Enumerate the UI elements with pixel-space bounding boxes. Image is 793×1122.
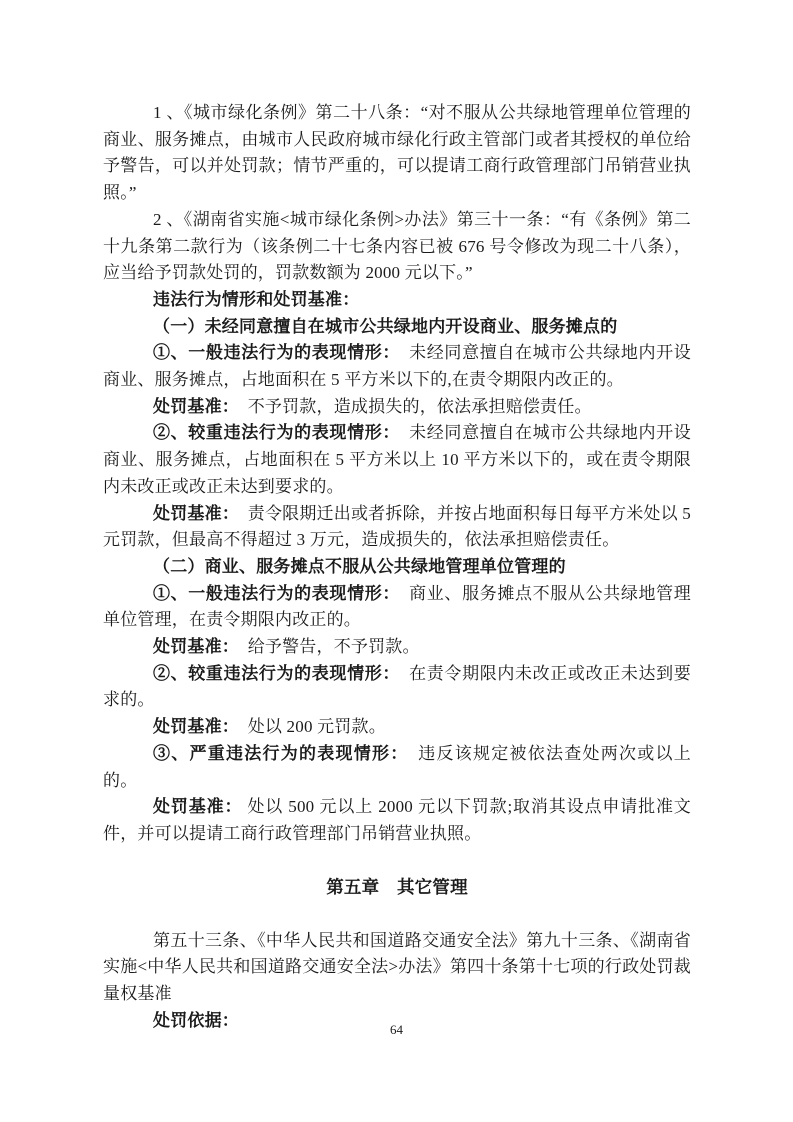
- bold-text-run: ③、严重违法行为的表现情形：: [153, 744, 400, 763]
- bold-text-run: 处罚基准：: [153, 637, 231, 656]
- text-run: 处以 200 元罚款。: [231, 717, 386, 736]
- item-1-general-penalty: 处罚基准： 不予罚款，造成损失的，依法承担赔偿责任。: [103, 394, 691, 421]
- item-2-severe-violation: ③、严重违法行为的表现情形： 违反该规定被依法查处两次或以上的。: [103, 741, 691, 794]
- bold-text-run: 处罚基准：: [153, 397, 231, 416]
- bold-text-run: ②、较重违法行为的表现情形：: [153, 423, 392, 442]
- bold-text-run: 处罚基准：: [153, 717, 231, 736]
- bold-text-run: 违法行为情形和处罚基准：: [153, 290, 359, 309]
- text-run: 第五十三条、《中华人民共和国道路交通安全法》第九十三条、《湖南省实施<中华人民共…: [103, 931, 691, 1003]
- bold-text-run: 处罚基准：: [153, 504, 231, 523]
- clause-1-city-greening-regulation: 1 、《城市绿化条例》第二十八条：“对不服从公共绿地管理单位管理的商业、服务摊点…: [103, 100, 691, 207]
- bold-text-run: 处罚基准：: [153, 797, 242, 816]
- text-run: 给予警告，不予罚款。: [231, 637, 420, 656]
- text-run: 2 、《湖南省实施<城市绿化条例>办法》第三十一条：“有《条例》第二十九条第二款…: [103, 210, 691, 282]
- item-2-severe-penalty: 处罚基准： 处以 500 元以上 2000 元以下罚款;取消其设点申请批准文件，…: [103, 794, 691, 847]
- document-page: 1 、《城市绿化条例》第二十八条：“对不服从公共绿地管理单位管理的商业、服务摊点…: [0, 0, 793, 1122]
- item-2-general-penalty: 处罚基准： 给予警告，不予罚款。: [103, 634, 691, 661]
- bold-text-run: （二）商业、服务摊点不服从公共绿地管理单位管理的: [153, 557, 566, 576]
- item-2-heavier-violation: ②、较重违法行为的表现情形： 在责令期限内未改正或改正未达到要求的。: [103, 661, 691, 714]
- text-run: 不予罚款，造成损失的，依法承担赔偿责任。: [231, 397, 592, 416]
- item-2-heavier-penalty: 处罚基准： 处以 200 元罚款。: [103, 714, 691, 741]
- item-2-general-violation: ①、一般违法行为的表现情形： 商业、服务摊点不服从公共绿地管理单位管理，在责令期…: [103, 581, 691, 634]
- page-number: 64: [0, 1022, 793, 1038]
- document-body: 1 、《城市绿化条例》第二十八条：“对不服从公共绿地管理单位管理的商业、服务摊点…: [103, 100, 691, 1035]
- bold-text-run: （一）未经同意擅自在城市公共绿地内开设商业、服务摊点的: [153, 317, 617, 336]
- item-1-heading: （一）未经同意擅自在城市公共绿地内开设商业、服务摊点的: [103, 314, 691, 341]
- article-53-road-traffic-safety-paragraph: 第五十三条、《中华人民共和国道路交通安全法》第九十三条、《湖南省实施<中华人民共…: [103, 928, 691, 1008]
- bold-text-run: 第五章 其它管理: [326, 877, 468, 897]
- item-2-heading: （二）商业、服务摊点不服从公共绿地管理单位管理的: [103, 554, 691, 581]
- item-1-heavier-violation: ②、较重违法行为的表现情形： 未经同意擅自在城市公共绿地内开设商业、服务摊点，占…: [103, 420, 691, 500]
- bold-text-run: ①、一般违法行为的表现情形：: [153, 343, 392, 362]
- chapter-5-heading: 第五章 其它管理: [103, 874, 691, 901]
- violation-and-penalty-standards-heading: 违法行为情形和处罚基准：: [103, 287, 691, 314]
- item-1-general-violation: ①、一般违法行为的表现情形： 未经同意擅自在城市公共绿地内开设商业、服务摊点，占…: [103, 340, 691, 393]
- bold-text-run: ①、一般违法行为的表现情形：: [153, 584, 392, 603]
- text-run: 1 、《城市绿化条例》第二十八条：“对不服从公共绿地管理单位管理的商业、服务摊点…: [103, 103, 691, 202]
- clause-2-hunan-implementation-measures: 2 、《湖南省实施<城市绿化条例>办法》第三十一条：“有《条例》第二十九条第二款…: [103, 207, 691, 287]
- bold-text-run: ②、较重违法行为的表现情形：: [153, 664, 392, 683]
- item-1-heavier-penalty: 处罚基准： 责令限期迁出或者拆除，并按占地面积每日每平方米处以 5 元罚款，但最…: [103, 501, 691, 554]
